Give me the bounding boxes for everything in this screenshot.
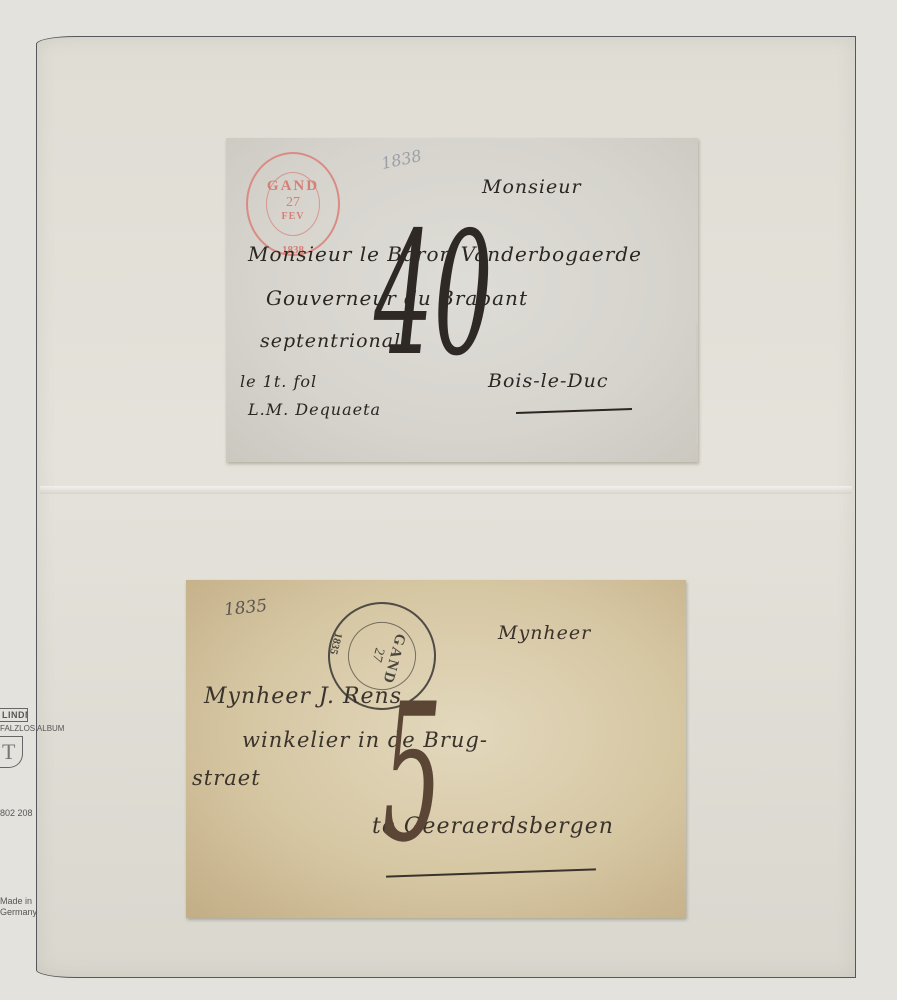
postmark-day: 27 — [286, 195, 300, 211]
postage-due-marking: 5 — [382, 664, 442, 884]
postmark-month: FEV — [282, 211, 305, 222]
origin-note: Made in Germany — [0, 896, 37, 918]
postage-due-marking: 40 — [374, 190, 493, 400]
postmark-red-gand: GAND 27 FEV 1838 — [246, 152, 340, 256]
postal-cover-1838[interactable]: GAND 27 FEV 1838 1838 Monsieur Monsieur … — [226, 138, 698, 462]
address-line-5: Bois-le-Duc — [488, 370, 609, 392]
route-note-1: le 1t. fol — [240, 372, 317, 391]
destination-underline — [516, 408, 632, 414]
address-line-1: Mynheer — [498, 622, 591, 644]
postmark-year: 1835 — [327, 631, 344, 655]
shield-icon — [0, 736, 23, 768]
pencil-year-note: 1835 — [223, 596, 268, 620]
address-line-2: Mynheer J. Rens — [204, 684, 402, 709]
product-line: FALZLOS ALBUM — [0, 722, 28, 734]
cover-flap — [696, 324, 698, 444]
pocket-divider — [40, 486, 852, 494]
pencil-year-note: 1838 — [379, 146, 423, 173]
address-line-4: straet — [192, 766, 261, 790]
postmark-town: GAND — [267, 178, 319, 195]
address-line-1: Monsieur — [482, 176, 582, 198]
postal-cover-1835[interactable]: 1835 GAND 27 1835 Mynheer Mynheer J. Ren… — [186, 580, 686, 918]
album-brand-logo: LINDNER FALZLOS ALBUM — [0, 708, 28, 768]
origin-line-2: Germany — [0, 907, 37, 918]
brand-name: LINDNER — [0, 708, 28, 722]
route-note-2: L.M. Dequaeta — [248, 400, 381, 419]
catalog-number: 802 208 — [0, 808, 33, 818]
postmark-day: 27 — [368, 646, 387, 664]
origin-line-1: Made in — [0, 896, 37, 907]
address-line-3: winkelier in de Brug- — [242, 728, 488, 752]
